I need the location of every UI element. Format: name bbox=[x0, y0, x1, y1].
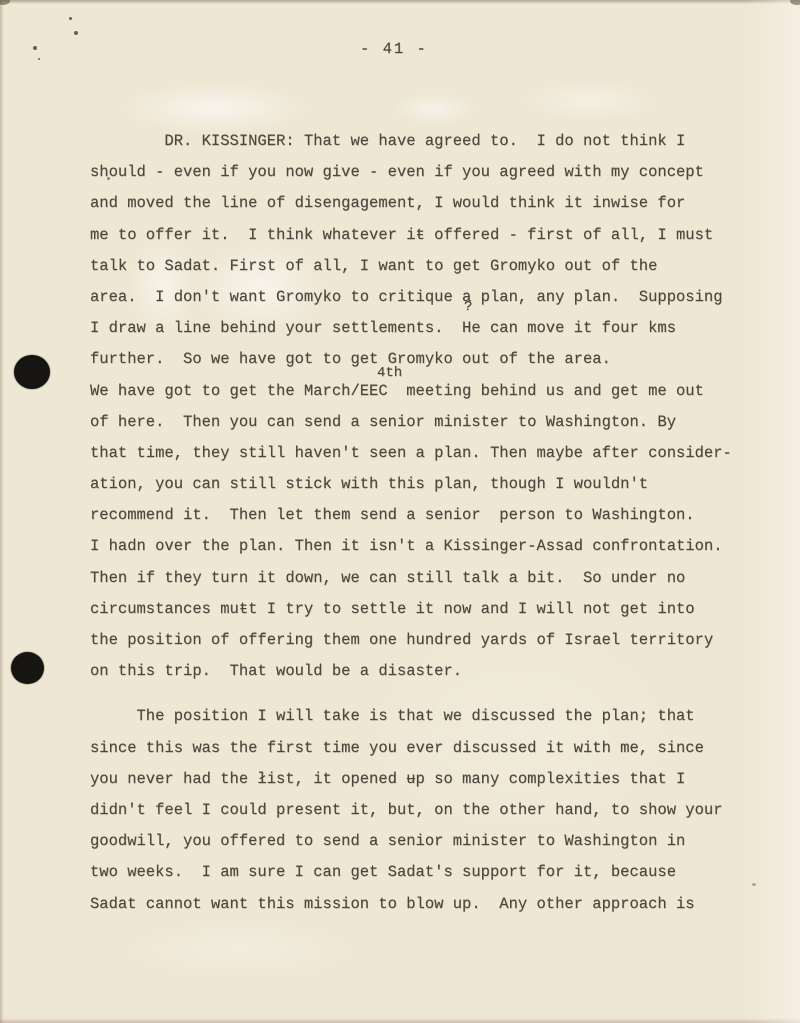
scan-light-blob bbox=[120, 920, 360, 980]
scan-light-blob bbox=[392, 92, 477, 126]
hole-punch-bottom bbox=[11, 652, 44, 684]
text-line: me to offer it. I think whatever iŧ offe… bbox=[90, 220, 780, 251]
text-line: Sadat cannot want this mission to blow u… bbox=[90, 889, 780, 920]
ink-speck bbox=[33, 46, 37, 50]
text-line: circumstances muŧt I try to settle it no… bbox=[90, 594, 780, 625]
hole-punch-top bbox=[14, 355, 50, 389]
text-line: area. I don't want Gromyko to critique a… bbox=[90, 282, 780, 313]
text-line: and moved the line of disengagement, I w… bbox=[90, 188, 780, 219]
paper-corner-mark bbox=[0, 0, 10, 5]
paper-edge-top bbox=[0, 0, 800, 4]
ink-speck bbox=[74, 31, 78, 35]
text-line: recommend it. Then let them send a senio… bbox=[90, 500, 780, 531]
scanned-document-page: - 41 - ? 4th DR. KISSINGER: That we have… bbox=[0, 0, 800, 1023]
scan-light-blob bbox=[520, 80, 660, 122]
text-line: DR. KISSINGER: That we have agreed to. I… bbox=[90, 126, 780, 157]
transcript-text: DR. KISSINGER: That we have agreed to. I… bbox=[90, 126, 780, 920]
text-line: should - even if you now give - even if … bbox=[90, 157, 780, 188]
text-line: didn't feel I could present it, but, on … bbox=[90, 795, 780, 826]
text-line: goodwill, you offered to send a senior m… bbox=[90, 826, 780, 857]
text-line: two weeks. I am sure I can get Sadat's s… bbox=[90, 857, 780, 888]
paper-edge-left bbox=[0, 0, 4, 1023]
ink-speck bbox=[69, 17, 72, 20]
text-line: the position of offering them one hundre… bbox=[90, 625, 780, 656]
ink-speck bbox=[38, 58, 40, 60]
text-line: talk to Sadat. First of all, I want to g… bbox=[90, 251, 780, 282]
text-line: I hadn over the plan. Then it isn't a Ki… bbox=[90, 531, 780, 562]
text-line: I draw a line behind your settlements. H… bbox=[90, 313, 780, 344]
text-line: since this was the first time you ever d… bbox=[90, 733, 780, 764]
paper-edge-bottom bbox=[0, 1018, 800, 1023]
text-line: that time, they still haven't seen a pla… bbox=[90, 438, 780, 469]
text-line: We have got to get the March/EEC meeting… bbox=[90, 376, 780, 407]
text-line: on this trip. That would be a disaster. bbox=[90, 656, 780, 687]
text-line: The position I will take is that we disc… bbox=[90, 701, 780, 732]
text-line: ation, you can still stick with this pla… bbox=[90, 469, 780, 500]
text-line: Then if they turn it down, we can still … bbox=[90, 563, 780, 594]
text-line: you never had the łist, it opened ʉp so … bbox=[90, 764, 780, 795]
text-line: of here. Then you can send a senior mini… bbox=[90, 407, 780, 438]
text-line: further. So we have got to get Gromyko o… bbox=[90, 344, 780, 375]
page-number: - 41 - bbox=[360, 40, 428, 58]
